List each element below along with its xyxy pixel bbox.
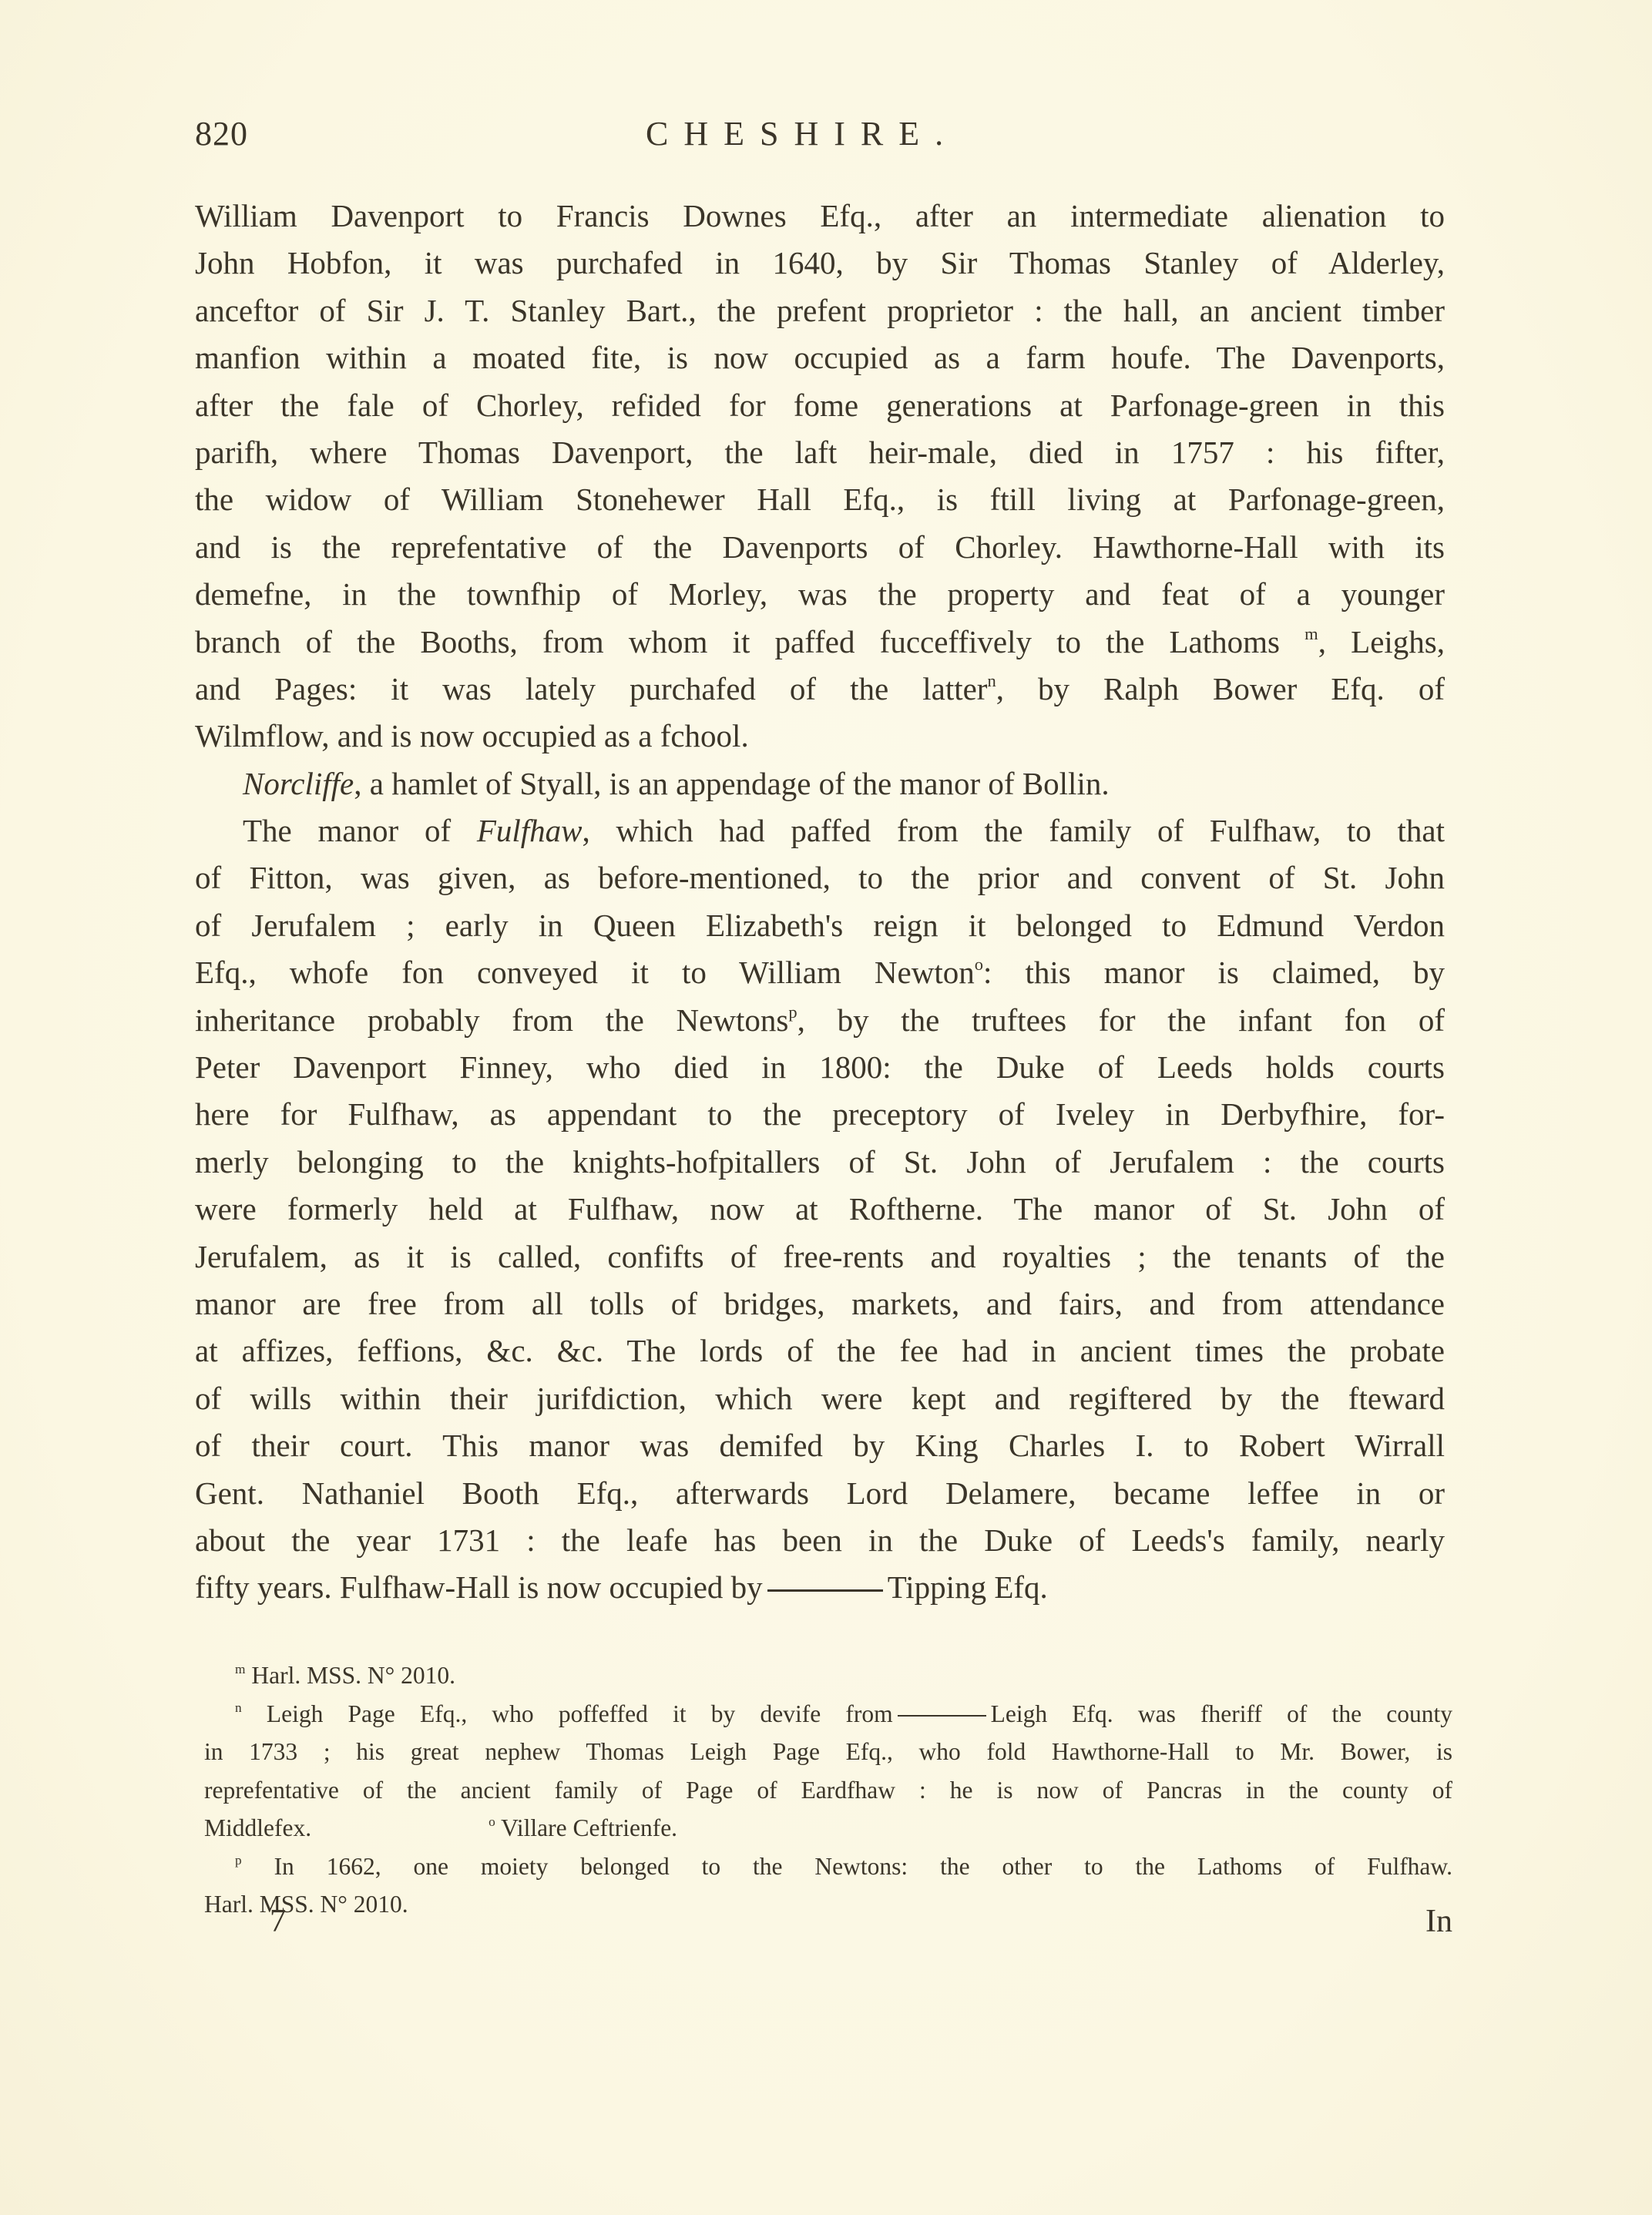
- footnote-line: reprefentative of the ancient family of …: [204, 1771, 1452, 1810]
- footnote-m: m Harl. MSS. N° 2010.: [204, 1656, 1452, 1695]
- name-omission-dash: [767, 1589, 883, 1592]
- text-line: of wills within their jurifdiction, whic…: [195, 1375, 1445, 1422]
- text-line: of Fitton, was given, as before-mentione…: [195, 854, 1445, 901]
- footnote-ref-n: n: [987, 671, 996, 690]
- text-line: Gent. Nathaniel Booth Efq., afterwards L…: [195, 1470, 1445, 1517]
- footnote-ref-m: m: [1304, 624, 1318, 643]
- text-line: and is the reprefentative of the Davenpo…: [195, 524, 1445, 571]
- text-line: William Davenport to Francis Downes Efq.…: [195, 193, 1445, 240]
- text-line: manfion within a moated fite, is now occ…: [195, 334, 1445, 381]
- text-line: branch of the Booths, from whom it paffe…: [195, 619, 1445, 666]
- text-line: about the year 1731 : the leafe has been…: [195, 1517, 1445, 1564]
- text-line: demefne, in the townfhip of Morley, was …: [195, 571, 1445, 618]
- name-omission-dash: [898, 1715, 986, 1717]
- text-line: John Hobfon, it was purchafed in 1640, b…: [195, 240, 1445, 287]
- footnote-ref-o: o: [975, 955, 983, 974]
- footnote-line: Harl. MSS. N° 2010.: [204, 1885, 1452, 1924]
- text-line: at affizes, feffions, &c. &c. The lords …: [195, 1327, 1445, 1374]
- text-line: here for Fulfhaw, as appendant to the pr…: [195, 1091, 1445, 1138]
- text-line: anceftor of Sir J. T. Stanley Bart., the…: [195, 287, 1445, 334]
- body-text: William Davenport to Francis Downes Efq.…: [195, 193, 1445, 1612]
- book-page: 820 CHESHIRE. William Davenport to Franc…: [0, 0, 1652, 2215]
- text-line: were formerly held at Fulfhaw, now at Ro…: [195, 1186, 1445, 1233]
- running-title: CHESHIRE.: [646, 114, 959, 153]
- text-line: of Jerufalem ; early in Queen Elizabeth'…: [195, 902, 1445, 949]
- footnote-o-mark: o: [489, 1814, 495, 1829]
- footnote-line: Middlefex.o Villare Ceftrienfe.: [204, 1809, 1452, 1848]
- footnotes: m Harl. MSS. N° 2010. n Leigh Page Efq.,…: [204, 1656, 1452, 1924]
- footnote-o: Villare Ceftrienfe.: [501, 1814, 677, 1841]
- catchword: In: [1425, 1903, 1452, 1940]
- footnote-line: in 1733 ; his great nephew Thomas Leigh …: [204, 1733, 1452, 1771]
- footnote-ref-p: p: [788, 1002, 797, 1022]
- text-line: after the fale of Chorley, refided for f…: [195, 382, 1445, 429]
- text-line: and Pages: it was lately purchafed of th…: [195, 666, 1445, 713]
- page-number: 820: [195, 114, 248, 153]
- paragraph-norcliffe: Norcliffe, a hamlet of Styall, is an app…: [195, 760, 1445, 807]
- signature-mark: 7: [270, 1903, 286, 1940]
- paragraph-fulshaw-start: The manor of Fulfhaw, which had paffed f…: [195, 807, 1445, 854]
- text-line: fifty years. Fulfhaw-Hall is now occupie…: [195, 1564, 1445, 1611]
- running-head: 820 CHESHIRE.: [195, 114, 1445, 160]
- text-line: Peter Davenport Finney, who died in 1800…: [195, 1044, 1445, 1091]
- text-line: the widow of William Stonehewer Hall Efq…: [195, 476, 1445, 523]
- footnote-p: p In 1662, one moiety belonged to the Ne…: [204, 1848, 1452, 1886]
- text-line: Wilmflow, and is now occupied as a fchoo…: [195, 713, 1445, 760]
- footnote-n: n Leigh Page Efq., who poffeffed it by d…: [204, 1695, 1452, 1733]
- text-line: Efq., whofe fon conveyed it to William N…: [195, 949, 1445, 996]
- text-line: merly belonging to the knights-hofpitall…: [195, 1139, 1445, 1186]
- text-line: of their court. This manor was demifed b…: [195, 1422, 1445, 1469]
- text-line: parifh, where Thomas Davenport, the laft…: [195, 429, 1445, 476]
- text-line: manor are free from all tolls of bridges…: [195, 1280, 1445, 1327]
- text-line: inheritance probably from the Newtonsp, …: [195, 997, 1445, 1044]
- text-line: Jerufalem, as it is called, confifts of …: [195, 1233, 1445, 1280]
